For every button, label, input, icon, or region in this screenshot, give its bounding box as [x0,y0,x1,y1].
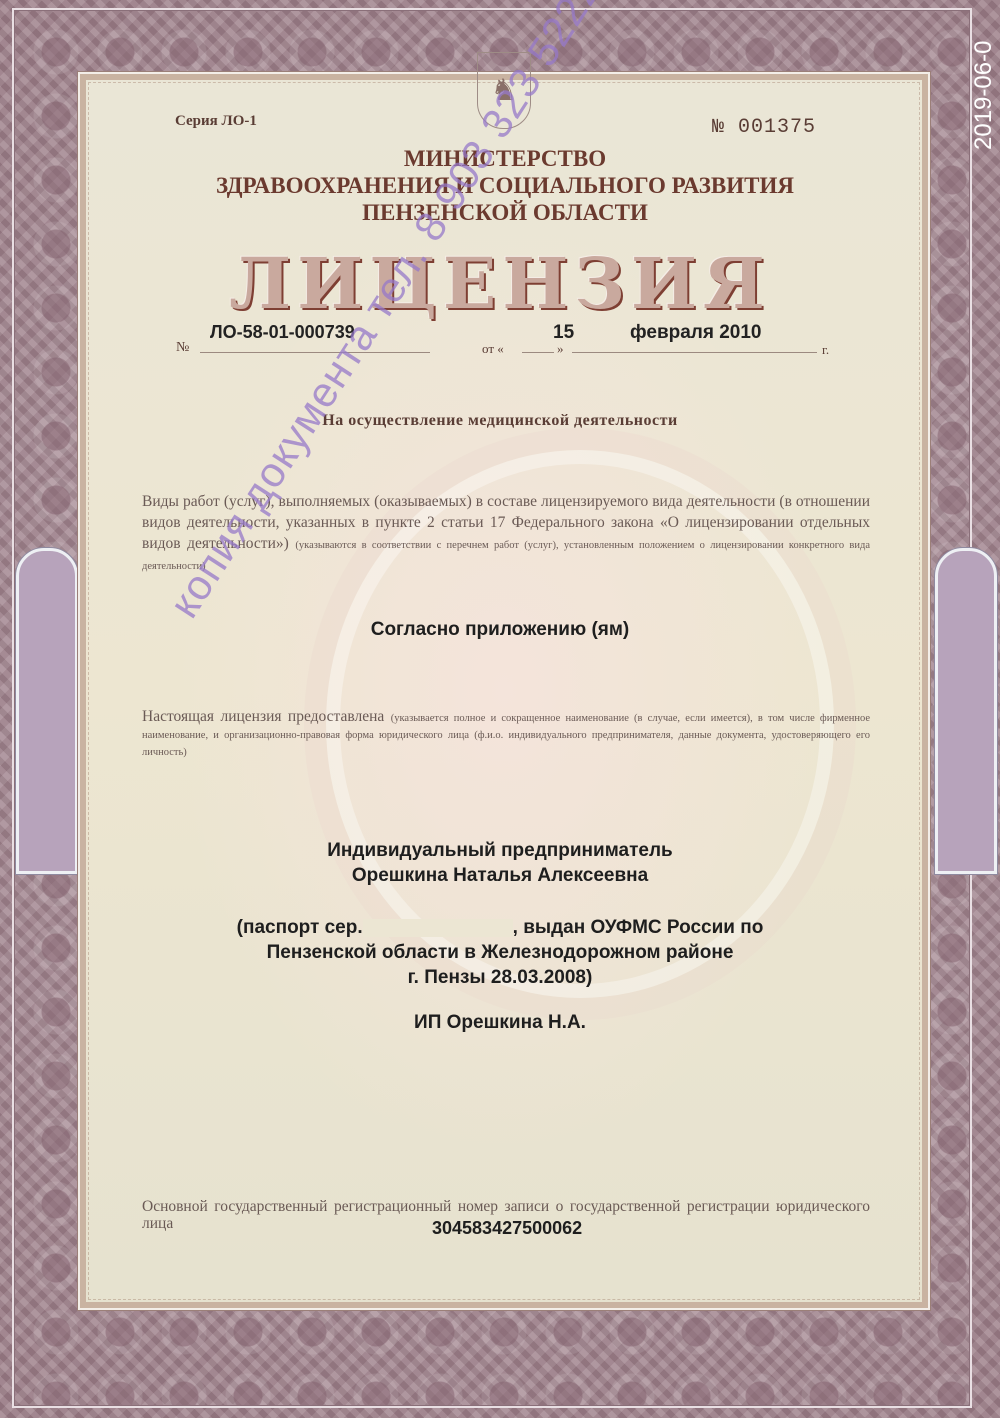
ministry-heading: МИНИСТЕРСТВО ЗДРАВООХРАНЕНИЯ И СОЦИАЛЬНО… [150,145,860,226]
series-label: Серия ЛО-1 [175,113,257,130]
passport-line: Пензенской области в Железнодорожном рай… [150,940,850,965]
year-suffix: г. [822,342,829,358]
date-day: 15 [553,322,574,344]
redacted-area [363,919,513,937]
license-number-label: № [176,340,189,356]
ministry-line: ЗДРАВООХРАНЕНИЯ И СОЦИАЛЬНОГО РАЗВИТИЯ [150,172,860,199]
granted-paragraph: Настоящая лицензия предоставлена (указыв… [142,709,870,760]
ministry-line: ПЕНЗЕНСКОЙ ОБЛАСТИ [150,199,860,226]
right-arch-panel [935,548,997,874]
holder-name: Орешкина Наталья Алексеевна [150,863,850,888]
holder-type: Индивидуальный предприниматель [150,838,850,863]
form-number: № 001375 [712,116,816,139]
works-value: Согласно приложению (ям) [150,619,850,641]
left-arch-panel [16,548,78,874]
photo-timestamp: 2019-06-0 [970,41,998,150]
license-holder: Индивидуальный предприниматель Орешкина … [150,838,850,888]
date-day-underline [522,352,554,353]
date-month-year: февраля 2010 [630,322,762,344]
date-month-underline [572,352,817,353]
holder-short-name: ИП Орешкина Н.А. [150,1012,850,1034]
passport-suffix: , выдан ОУФМС России по [513,917,764,938]
passport-line: (паспорт сер., выдан ОУФМС России по [150,915,850,940]
passport-prefix: (паспорт сер. [237,917,363,938]
granted-paragraph-main: Настоящая лицензия предоставлена [142,708,384,725]
license-number-underline [200,352,430,353]
passport-details: (паспорт сер., выдан ОУФМС России по Пен… [150,915,850,990]
date-from-label: от « [482,341,504,357]
passport-line: г. Пензы 28.03.2008) [150,965,850,990]
ogrn-value: 304583427500062 [432,1218,582,1239]
activity-type: На осуществление медицинской деятельност… [150,412,850,430]
license-title: ЛИЦЕНЗИЯ [200,242,800,325]
